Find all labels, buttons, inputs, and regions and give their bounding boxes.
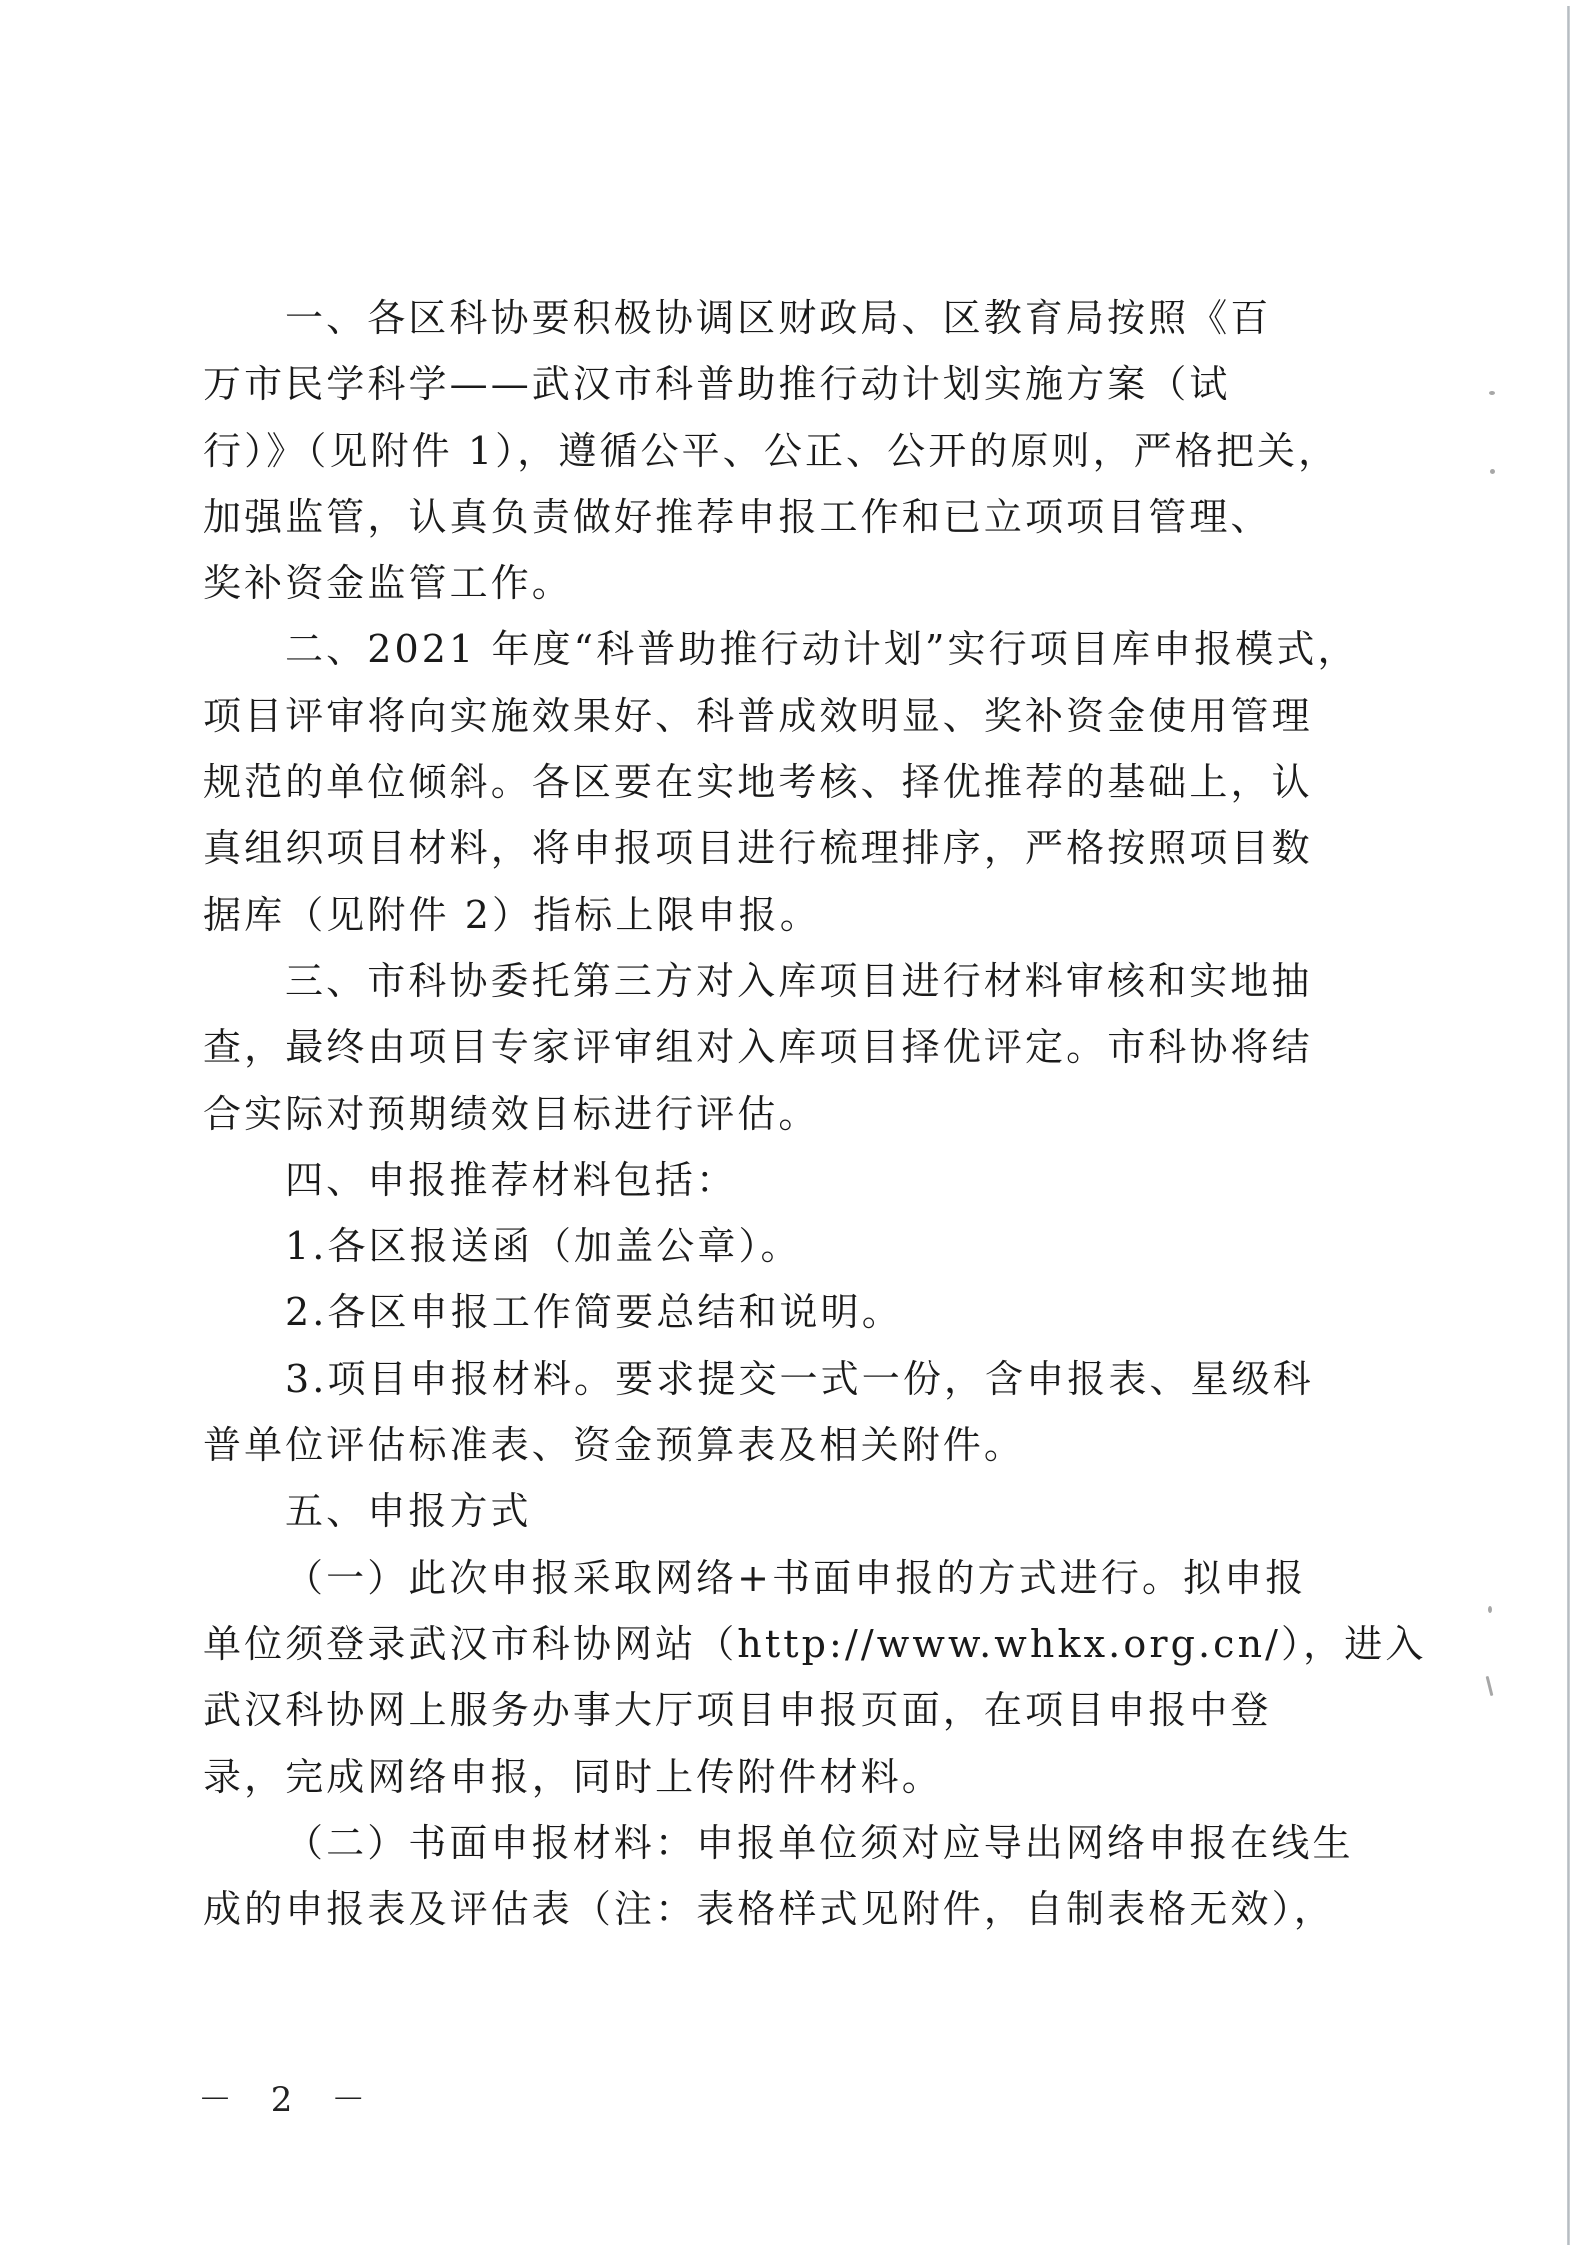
text-line: 3.项目申报材料。要求提交一式一份，含申报表、星级科 [203,1346,1363,1412]
section-heading: 五、申报方式 [203,1478,1363,1544]
text-line: （一）此次申报采取网络+书面申报的方式进行。拟申报 [203,1545,1363,1611]
list-item-materials-1: 1.各区报送函（加盖公章）。 [203,1213,1363,1279]
document-page: 一、各区科协要积极协调区财政局、区教育局按照《百 万市民学科学——武汉市科普助推… [0,0,1586,2245]
text-line: 奖补资金监管工作。 [203,550,1363,616]
text-line: 万市民学科学——武汉市科普助推行动计划实施方案（试 [203,351,1363,417]
text-line: 1.各区报送函（加盖公章）。 [203,1213,1363,1279]
text-line: 成的申报表及评估表（注：表格样式见附件，自制表格无效）， [203,1876,1363,1942]
text-line: 一、各区科协要积极协调区财政局、区教育局按照《百 [203,285,1363,351]
text-line: （二）书面申报材料：申报单位须对应导出网络申报在线生 [203,1810,1363,1876]
list-item-materials-2: 2.各区申报工作简要总结和说明。 [203,1279,1363,1345]
text-line: 武汉科协网上服务办事大厅项目申报页面，在项目申报中登 [203,1677,1363,1743]
heading-section-4: 四、申报推荐材料包括： [203,1147,1363,1213]
text-line: 2.各区申报工作简要总结和说明。 [203,1279,1363,1345]
scan-speck [1488,1606,1492,1613]
page-number: － 2 － [198,2072,379,2121]
text-line: 录，完成网络申报，同时上传附件材料。 [203,1744,1363,1810]
scan-edge-line [1567,6,1570,2245]
text-line: 普单位评估标准表、资金预算表及相关附件。 [203,1412,1363,1478]
text-line: 真组织项目材料，将申报项目进行梳理排序，严格按照项目数 [203,815,1363,881]
scan-speck [1486,1676,1494,1696]
text-line: 二、2021 年度“科普助推行动计划”实行项目库申报模式， [203,616,1363,682]
paragraph-online-submission: （一）此次申报采取网络+书面申报的方式进行。拟申报 单位须登录武汉市科协网站（h… [203,1545,1363,1810]
scan-speck [1490,469,1495,474]
paragraph-paper-submission: （二）书面申报材料：申报单位须对应导出网络申报在线生 成的申报表及评估表（注：表… [203,1810,1363,1943]
section-heading: 四、申报推荐材料包括： [203,1147,1363,1213]
text-line: 查，最终由项目专家评审组对入库项目择优评定。市科协将结 [203,1014,1363,1080]
text-line: 加强监管，认真负责做好推荐申报工作和已立项项目管理、 [203,484,1363,550]
list-item-materials-3: 3.项目申报材料。要求提交一式一份，含申报表、星级科 普单位评估标准表、资金预算… [203,1346,1363,1479]
text-line: 项目评审将向实施效果好、科普成效明显、奖补资金使用管理 [203,683,1363,749]
text-line: 规范的单位倾斜。各区要在实地考核、择优推荐的基础上，认 [203,749,1363,815]
paragraph-section-3: 三、市科协委托第三方对入库项目进行材料审核和实地抽 查，最终由项目专家评审组对入… [203,948,1363,1147]
heading-section-5: 五、申报方式 [203,1478,1363,1544]
document-body: 一、各区科协要积极协调区财政局、区教育局按照《百 万市民学科学——武汉市科普助推… [203,285,1363,1942]
text-line: 三、市科协委托第三方对入库项目进行材料审核和实地抽 [203,948,1363,1014]
paragraph-section-2: 二、2021 年度“科普助推行动计划”实行项目库申报模式， 项目评审将向实施效果… [203,616,1363,947]
text-line-with-url: 单位须登录武汉市科协网站（http://www.whkx.org.cn/），进入 [203,1611,1363,1677]
scan-speck [1489,391,1495,395]
text-line: 合实际对预期绩效目标进行评估。 [203,1081,1363,1147]
text-line: 行）》（见附件 1），遵循公平、公正、公开的原则，严格把关， [203,418,1363,484]
paragraph-section-1: 一、各区科协要积极协调区财政局、区教育局按照《百 万市民学科学——武汉市科普助推… [203,285,1363,616]
text-line: 据库（见附件 2）指标上限申报。 [203,882,1363,948]
